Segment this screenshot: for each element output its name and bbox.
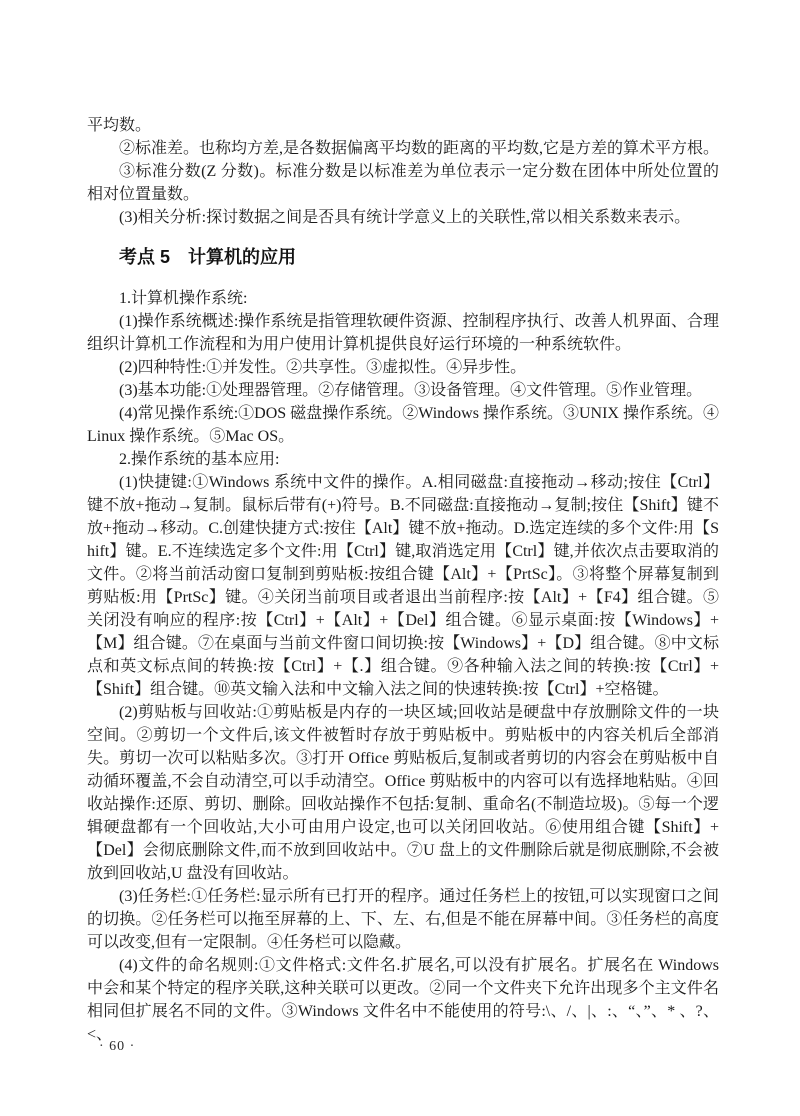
paragraph-file-naming-rules: (4)文件的命名规则:①文件格式:文件名.扩展名,可以没有扩展名。扩展名在 Wi… (87, 954, 719, 1046)
paragraph-continuation: 平均数。 (87, 114, 719, 137)
paragraph-os-basic-usage: 2.操作系统的基本应用: (87, 448, 719, 471)
paragraph-clipboard-recycle-bin: (2)剪贴板与回收站:①剪贴板是内存的一块区域;回收站是硬盘中存放删除文件的一块… (87, 701, 719, 885)
paragraph-shortcut-keys: (1)快捷键:①Windows 系统中文件的操作。A.相同磁盘:直接拖动→移动;… (87, 471, 719, 701)
page-number: · 60 · (99, 1039, 135, 1054)
page-content: 平均数。 ②标准差。也称均方差,是各数据偏离平均数的距离的平均数,它是方差的算术… (87, 114, 719, 1046)
paragraph-taskbar: (3)任务栏:①任务栏:显示所有已打开的程序。通过任务栏上的按钮,可以实现窗口之… (87, 885, 719, 954)
paragraph-os-intro: 1.计算机操作系统: (87, 287, 719, 310)
paragraph-correlation-analysis: (3)相关分析:探讨数据之间是否具有统计学意义上的关联性,常以相关系数来表示。 (87, 206, 719, 229)
paragraph-z-score: ③标准分数(Z 分数)。标准分数是以标准差为单位表示一定分数在团体中所处位置的相… (87, 160, 719, 206)
paragraph-os-characteristics: (2)四种特性:①并发性。②共享性。③虚拟性。④异步性。 (87, 356, 719, 379)
page-footer: · 60 · (99, 1038, 135, 1056)
section-heading: 考点 5 计算机的应用 (87, 247, 719, 267)
document-page: 平均数。 ②标准差。也称均方差,是各数据偏离平均数的距离的平均数,它是方差的算术… (0, 0, 800, 1116)
paragraph-standard-deviation: ②标准差。也称均方差,是各数据偏离平均数的距离的平均数,它是方差的算术平方根。 (87, 137, 719, 160)
paragraph-os-functions: (3)基本功能:①处理器管理。②存储管理。③设备管理。④文件管理。⑤作业管理。 (87, 379, 719, 402)
paragraph-common-os: (4)常见操作系统:①DOS 磁盘操作系统。②Windows 操作系统。③UNI… (87, 402, 719, 448)
paragraph-os-overview: (1)操作系统概述:操作系统是指管理软硬件资源、控制程序执行、改善人机界面、合理… (87, 310, 719, 356)
